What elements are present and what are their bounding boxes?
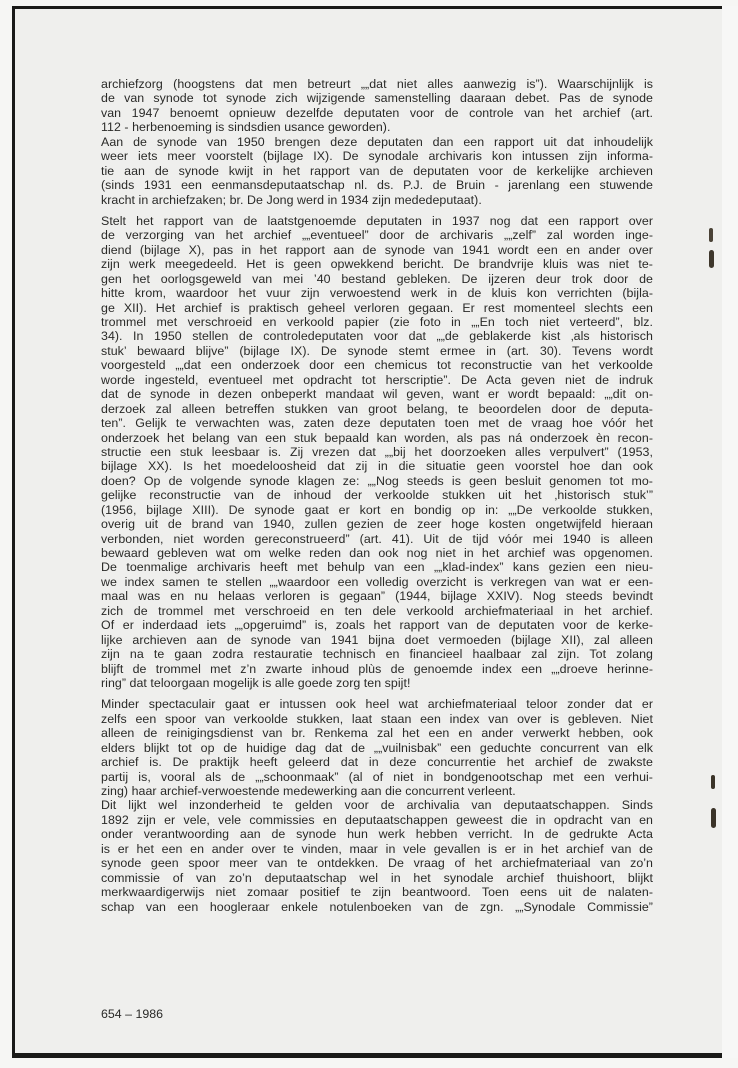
text-line: (sinds 1931 een eenmansdeputaatschap nl.… <box>101 178 653 192</box>
text-line: 1892 zijn er vele, vele commissies en de… <box>101 813 653 827</box>
text-line: weer iets meer voorstelt (bijlage IX). D… <box>101 149 653 163</box>
page-number: 654 – 1986 <box>101 1007 163 1021</box>
text-line: kracht in archiefzaken; br. De Jong werd… <box>101 193 653 207</box>
paragraph: Aan de synode van 1950 brengen deze depu… <box>101 135 653 207</box>
text-line: ring” dat teloorgaan mogelijk is alle go… <box>101 676 653 690</box>
text-line: 112 - herbenoeming is sindsdien usance g… <box>101 120 653 134</box>
text-line: archiefzorg (hoogstens dat men betreurt … <box>101 77 653 91</box>
text-line: onderzoek het belang van een stuk bepaal… <box>101 431 653 445</box>
text-line: Aan de synode van 1950 brengen deze depu… <box>101 135 653 149</box>
text-line: de verzorging van het archief „„eventuee… <box>101 228 653 242</box>
text-line: zijn werk meegedeeld. Het is geen opwekk… <box>101 257 653 271</box>
text-line: trommel met verschroeid en verkoold papi… <box>101 315 653 329</box>
text-line: tie aan de synode kwijt in het rapport v… <box>101 164 653 178</box>
paragraph: Stelt het rapport van de laatstgenoemde … <box>101 214 653 690</box>
text-line: Stelt het rapport van de laatstgenoemde … <box>101 214 653 228</box>
text-line: blijft de trommel met z’n zwarte inhoud … <box>101 662 653 676</box>
text-line: zich de trommel met verschroeid en ten d… <box>101 604 653 618</box>
text-line: schap van een hoogleraar enkele notulenb… <box>101 900 653 914</box>
text-line: derzoek zal alleen betreffen stukken van… <box>101 402 653 416</box>
binding-clip-mark <box>709 228 713 242</box>
text-line: bewaard gebleven wat om welke reden dan … <box>101 546 653 560</box>
text-line: ge XII). Het archief is praktisch geheel… <box>101 301 653 315</box>
text-line: we index samen te stellen „„waardoor een… <box>101 575 653 589</box>
text-line: 34). In 1950 stellen de controledeputate… <box>101 329 653 343</box>
text-line: lijke archieven aan de synode van 1941 b… <box>101 633 653 647</box>
text-line: commissie of van zo’n deputaatschap wel … <box>101 871 653 885</box>
text-line: verbonden, niet worden gereconstrueerd” … <box>101 532 653 546</box>
text-line: alleen de reinigingsdienst van br. Renke… <box>101 726 653 740</box>
text-line: gelijke reconstructie van de inhoud der … <box>101 488 653 502</box>
text-line: doen? Op de volgende synode klagen ze: „… <box>101 474 653 488</box>
text-line: zijn na te gaan zodra restauratie techni… <box>101 647 653 661</box>
paragraph: Dit lijkt wel inzonderheid te gelden voo… <box>101 798 653 914</box>
text-line: structie een stuk leesbaar is. Zij vreze… <box>101 445 653 459</box>
text-line: voorgesteld „„dat een onderzoek door een… <box>101 358 653 372</box>
paragraph: Minder spectaculair gaat er intussen ook… <box>101 697 653 798</box>
text-line: Minder spectaculair gaat er intussen ook… <box>101 697 653 711</box>
text-line: de van synode tot synode zich wijzigende… <box>101 91 653 105</box>
text-line: Dit lijkt wel inzonderheid te gelden voo… <box>101 798 653 812</box>
text-line: gen het oorlogsgeweld van mei ’40 bestan… <box>101 272 653 286</box>
text-line: worde ingesteld, eventueel met opdracht … <box>101 373 653 387</box>
text-line: stuk’ bewaard blijve” (bijlage IX). De s… <box>101 344 653 358</box>
text-line: partij is, vooral als de „„schoonmaak” (… <box>101 770 653 784</box>
text-line: (1956, bijlage XIII). De synode gaat er … <box>101 503 653 517</box>
page-edge <box>722 6 738 1058</box>
text-line: maal was en nu helaas verloren is gegaan… <box>101 589 653 603</box>
text-line: ten”. Gelijk te verwachten was, zaten de… <box>101 416 653 430</box>
text-line: is er het een en ander over te vinden, m… <box>101 842 653 856</box>
text-line: Of er inderdaad iets „„opgeruimd” is, zo… <box>101 618 653 632</box>
body-text: archiefzorg (hoogstens dat men betreurt … <box>101 77 653 914</box>
binding-clip-mark <box>709 250 714 268</box>
text-line: van 1947 benoemt opnieuw dezelfde deputa… <box>101 106 653 120</box>
text-line: dat de synode in dezen onbeperkt mandaat… <box>101 387 653 401</box>
text-line: zing) haar archief-verwoestende medewerk… <box>101 784 653 798</box>
binding-clip-mark <box>711 775 715 789</box>
text-line: De toenmalige archivaris heeft met behul… <box>101 560 653 574</box>
text-line: hitte krom, waardoor het vuur zijn verwo… <box>101 286 653 300</box>
paragraph: archiefzorg (hoogstens dat men betreurt … <box>101 77 653 135</box>
text-line: onder verantwoording aan de synode hun w… <box>101 827 653 841</box>
text-line: archief is. De praktijk heeft geleerd da… <box>101 755 653 769</box>
text-line: merkwaardigerwijs niet zomaar positief t… <box>101 885 653 899</box>
binding-clip-mark <box>711 808 716 828</box>
text-line: zelfs een spoor van verkoolde stukken, l… <box>101 712 653 726</box>
text-line: bijlage XX). Is het moedeloosheid dat zi… <box>101 459 653 473</box>
text-line: diend (bijlage X), pas in het rapport aa… <box>101 243 653 257</box>
text-line: synode geen spoor meer van te ontdekken.… <box>101 856 653 870</box>
text-line: elders blijkt tot op de huidige dag dat … <box>101 741 653 755</box>
text-line: overig uit de brand van 1940, zullen gez… <box>101 517 653 531</box>
